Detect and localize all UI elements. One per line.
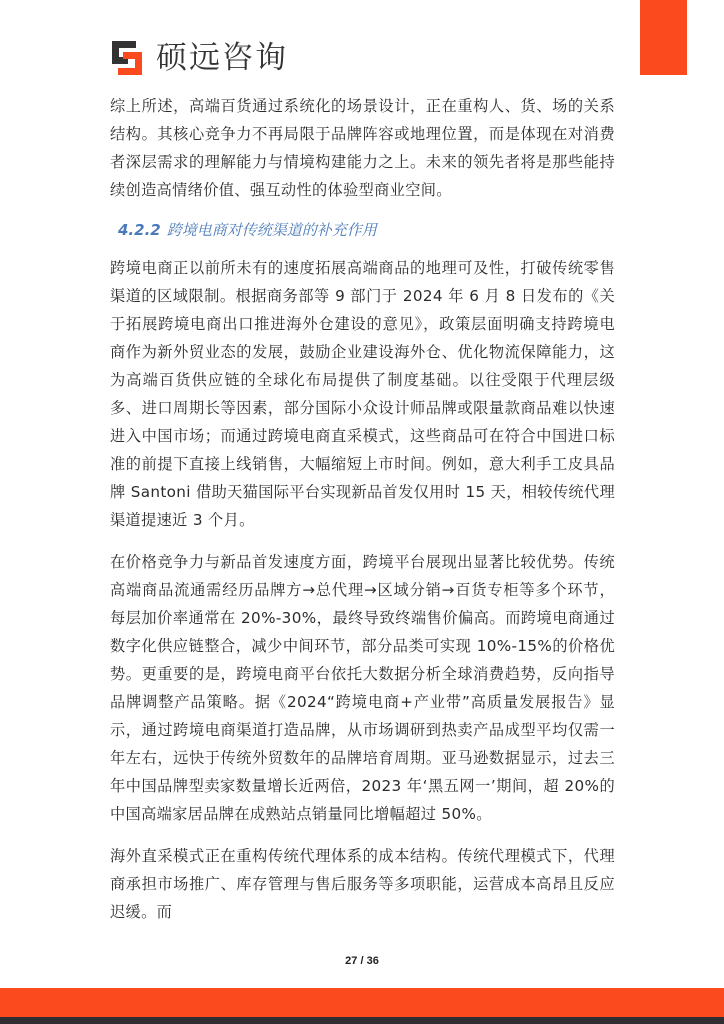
section-title: 跨境电商对传统渠道的补充作用 <box>167 221 377 239</box>
paragraph-price-competitiveness: 在价格竞争力与新品首发速度方面，跨境平台展现出显著比较优势。传统高端商品流通需经… <box>110 548 615 828</box>
footer-dark-strip <box>0 1017 724 1024</box>
corner-accent-block <box>640 0 687 75</box>
page-number: 27 / 36 <box>0 955 724 967</box>
paragraph-direct-sourcing: 海外直采模式正在重构传统代理体系的成本结构。传统代理模式下，代理商承担市场推广、… <box>110 842 615 926</box>
section-number: 4.2.2 <box>118 221 161 239</box>
intro-paragraph: 综上所述，高端百货通过系统化的场景设计，正在重构人、货、场的关系结构。其核心竞争… <box>110 92 615 204</box>
document-body: 综上所述，高端百货通过系统化的场景设计，正在重构人、货、场的关系结构。其核心竞争… <box>110 92 615 940</box>
brand-name: 硕远咨询 <box>156 40 288 76</box>
section-heading: 4.2.2跨境电商对传统渠道的补充作用 <box>118 218 615 242</box>
brand-logo: 硕远咨询 <box>112 40 288 76</box>
paragraph-cross-border-reach: 跨境电商正以前所未有的速度拓展高端商品的地理可及性，打破传统零售渠道的区域限制。… <box>110 254 615 534</box>
footer-accent-band <box>0 988 724 1017</box>
s-block-logo-icon <box>112 41 150 75</box>
